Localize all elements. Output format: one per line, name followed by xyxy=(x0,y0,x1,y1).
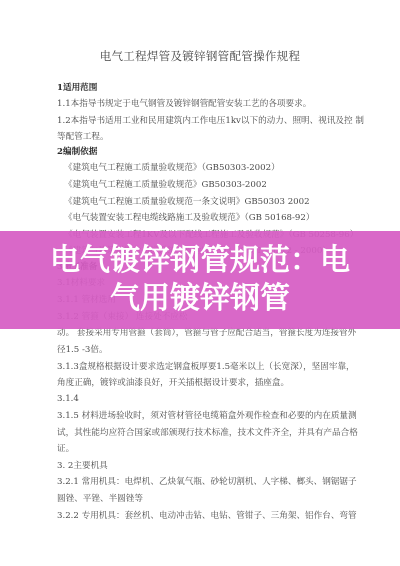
banner-title: 电气镀锌钢管规范：电 气用镀锌钢管 xyxy=(0,231,400,329)
paragraph-1-2: 1.2本指导书适用工业和民用建筑内工作电压1kv以下的动力、照明、视讯及控 制 xyxy=(57,116,364,127)
paragraph-3-1-2-continued-2: 径1.5 -3倍。 xyxy=(57,345,108,356)
section-2-heading: 2编制依据 xyxy=(57,147,97,158)
section-1-heading: 1适用范围 xyxy=(57,83,97,94)
paragraph-3-2-1-continued: 圆锉、平锉、半圆锉等 xyxy=(57,494,143,505)
reference-item: 《建筑电气工程施工质量验收规范一条文说明》GB50303 2002 xyxy=(64,197,310,208)
paragraph-3-1-2-continued: 动。 套接采用专用管箍（套筒），管箍与管子应配合适当，管箍长度为连接管外 xyxy=(57,328,356,339)
banner-title-line-1: 电气镀锌钢管规范：电 xyxy=(50,242,350,280)
title-overlay-banner: 电气镀锌钢管规范：电 气用镀锌钢管 xyxy=(0,231,400,329)
paragraph-3-1-5-continued-2: 证。 xyxy=(57,444,74,455)
paragraph-3-1-3: 3.1.3盒规格根据设计要求选定钢盒板厚要1.5毫米以上（长宽深），坚固牢靠， xyxy=(57,362,355,373)
document-page: 电气工程焊管及镀锌钢管配管操作规程 1适用范围 1.1本指导书规定于电气钢管及镀… xyxy=(0,0,400,566)
reference-item: 《建筑电气工程施工质量验收规范》（GB50303-2002） xyxy=(64,163,280,174)
paragraph-1-2-continued: 等配管工程。 xyxy=(57,132,109,143)
paragraph-3-1-4: 3.1.4 xyxy=(57,394,79,405)
paragraph-3-2: 3. 2主要机具 xyxy=(57,461,108,472)
reference-item: 《建筑电气工程施工质量验收规范》GB50303-2002 xyxy=(64,180,267,191)
paragraph-1-1: 1.1本指导书规定于电气钢管及镀锌钢管配管安装工艺的各项要求。 xyxy=(57,99,311,110)
paragraph-3-2-2: 3.2.2 专用机具：套丝机、电动冲击钻、电钻、管钳子、三角架、铝作台、弯管 xyxy=(57,511,357,522)
paragraph-3-2-1: 3.2.1 常用机具：电焊机、乙炔氧气瓶、砂轮切割机、人字梯、榔头、钢锯锯子 xyxy=(57,477,357,488)
paragraph-3-1-3-continued: 角度正确，镀锌或油漆良好，开关插根据设计要求，插座盒。 xyxy=(57,378,289,389)
document-title: 电气工程焊管及镀锌钢管配管操作规程 xyxy=(0,48,400,64)
reference-item: 《电气装置安装工程电缆线路施工及验收规范》（GB 50168-92） xyxy=(64,213,314,224)
paragraph-3-1-5: 3.1.5 材料进场验收时，须对管材管径电缆箱盒外观作检查和必要的内在质量测 xyxy=(57,411,357,422)
banner-title-line-2: 气用镀锌钢管 xyxy=(110,280,290,318)
paragraph-3-1-5-continued: 试，其性能均应符合国家或部颁现行技术标准，技术文件齐全，并具有产品合格 xyxy=(57,428,358,439)
